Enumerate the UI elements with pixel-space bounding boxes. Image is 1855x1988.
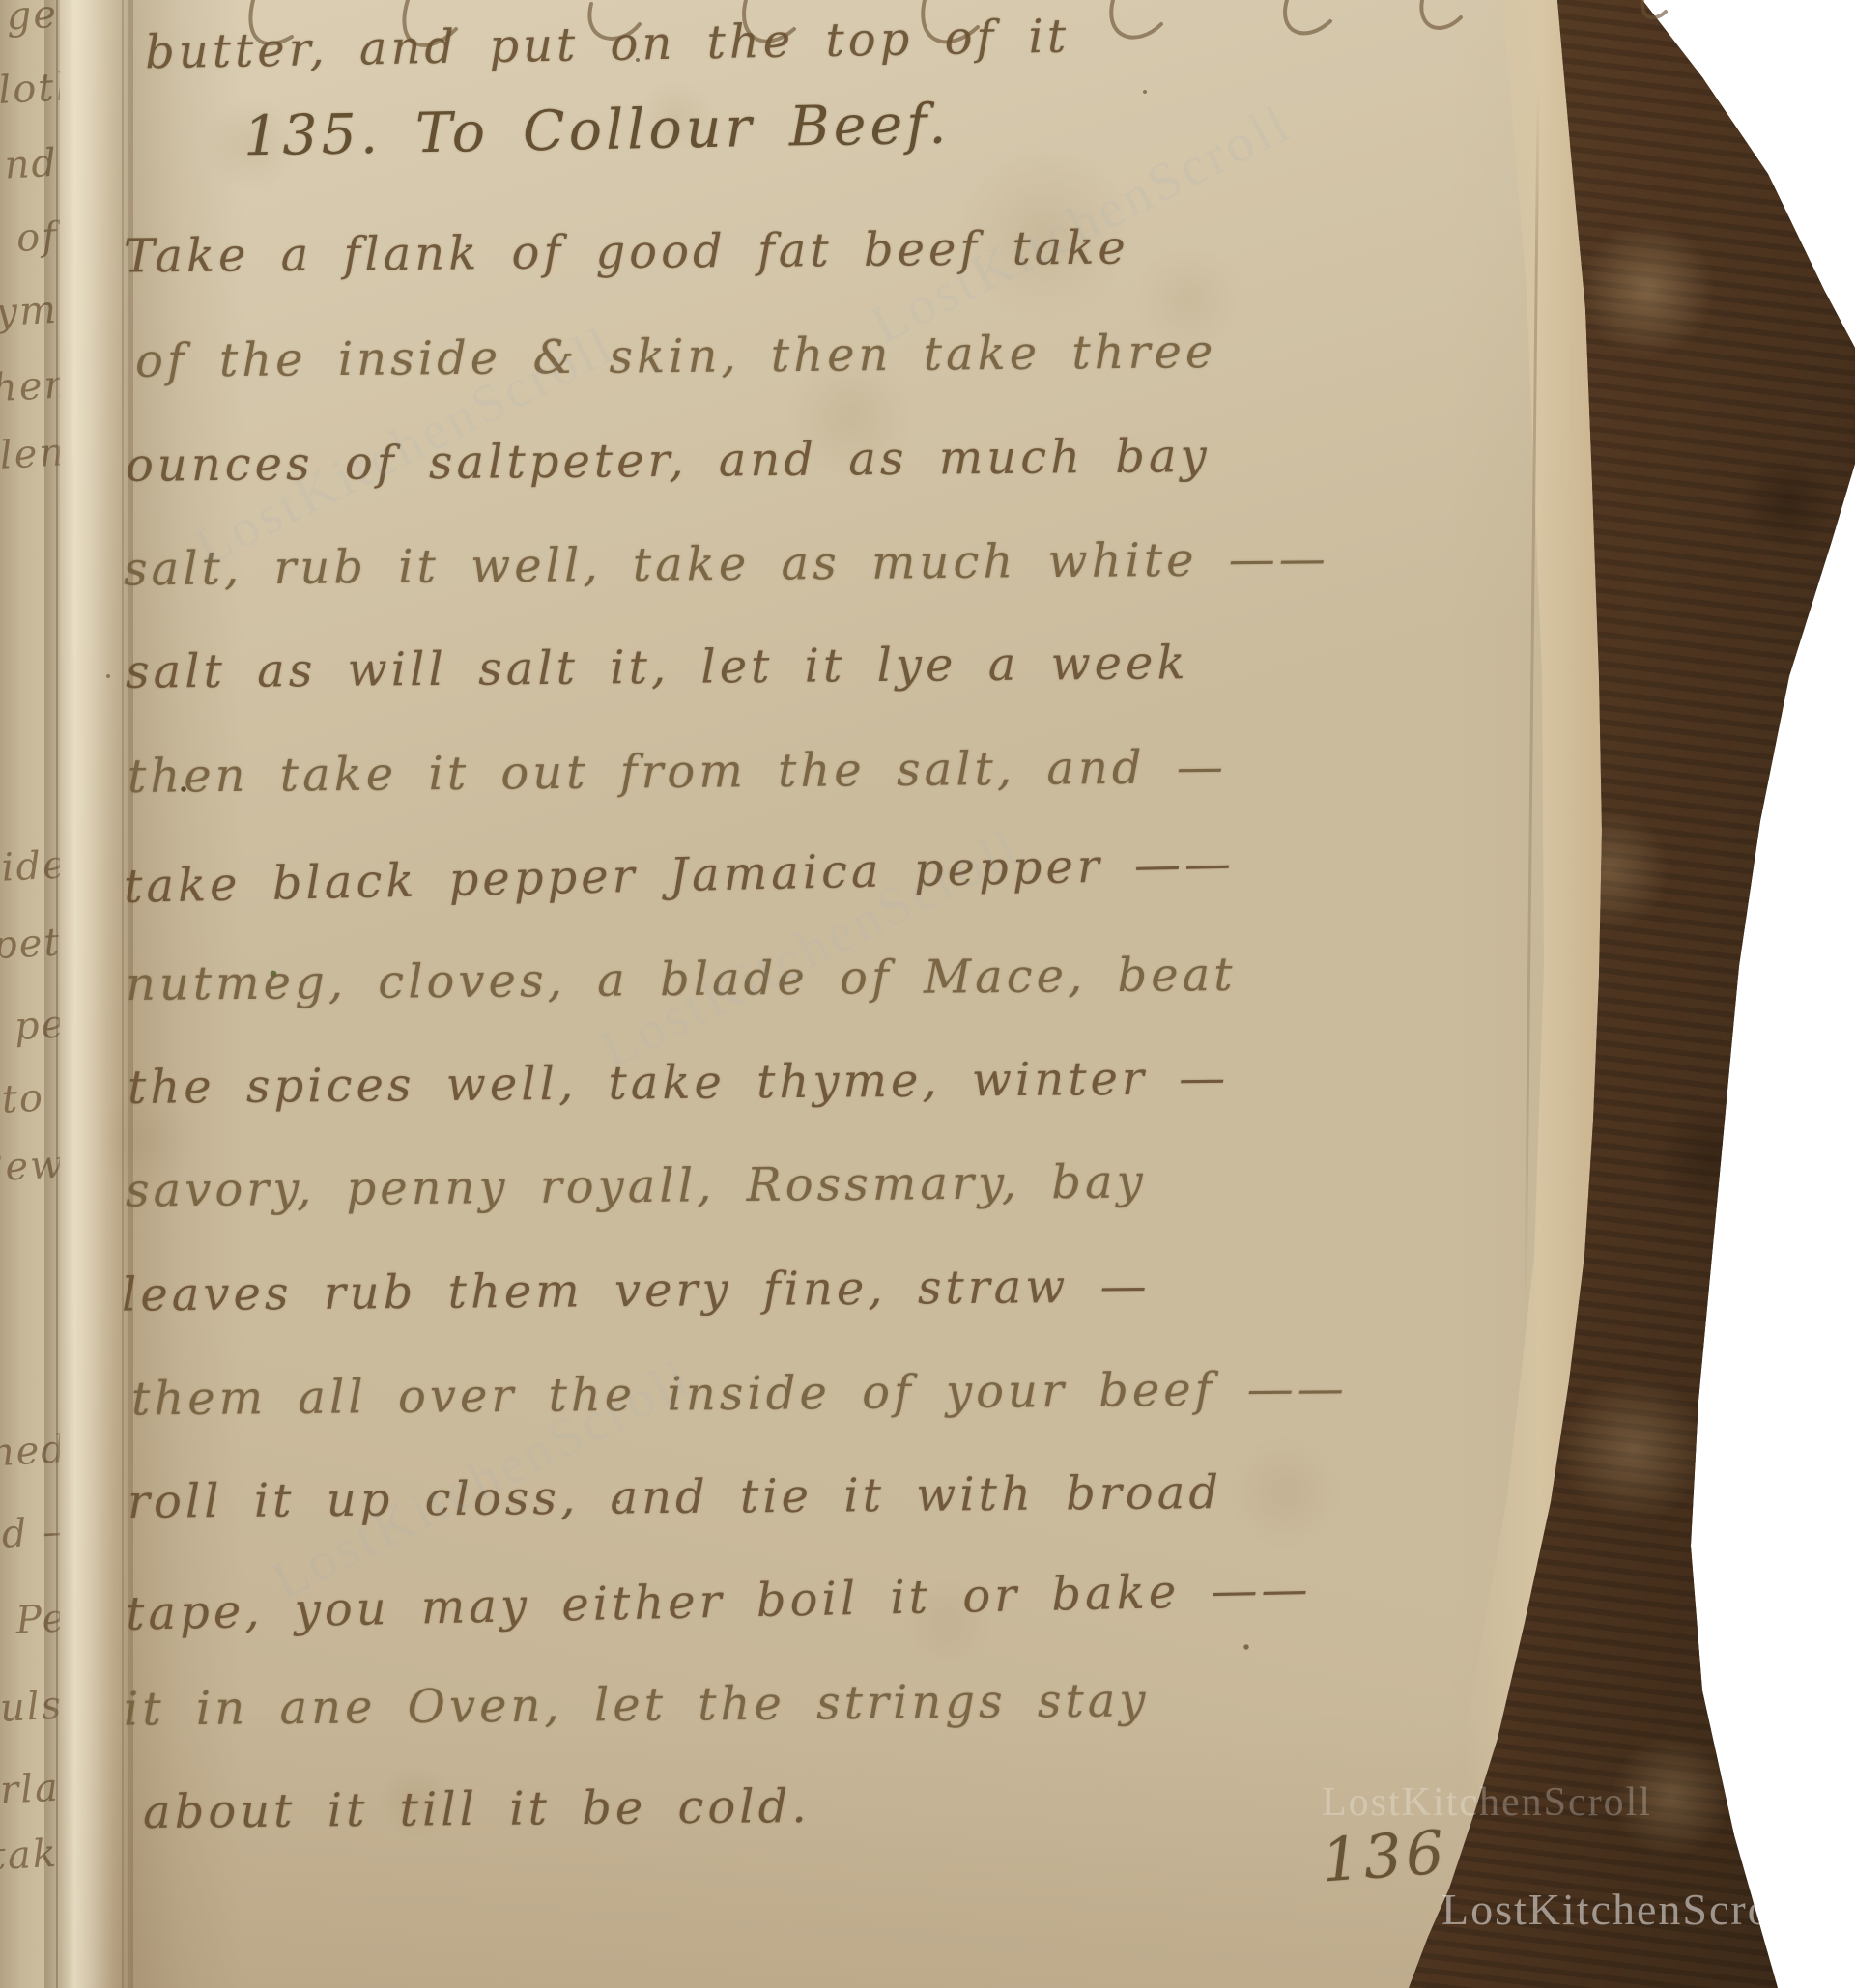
manuscript-line: the spices well, take thyme, winter — [128, 1051, 1230, 1115]
manuscript-line: then take it out from the salt, and — [128, 740, 1227, 804]
watermark: LostKitchenScroll [1441, 1884, 1800, 1935]
page-number: 136 [1320, 1817, 1450, 1896]
manuscript-line: them all over the inside of your beef —— [131, 1362, 1348, 1427]
manuscript-line: leaves rub them very fine, straw — [122, 1259, 1151, 1321]
manuscript-line: of the inside & skin, then take three [135, 325, 1217, 388]
manuscript-photo: ge cloth— and d of ym them— alen bides— … [0, 0, 1855, 1988]
manuscript-line: it in ane Oven, let the strings stay [124, 1673, 1150, 1736]
manuscript-line: roll it up closs, and tie it with broad [128, 1465, 1222, 1529]
gutter-crease [56, 0, 58, 1988]
manuscript-line: savory, penny royall, Rossmary, bay [126, 1154, 1147, 1217]
manuscript-line: salt as will salt it, let it lye a week [126, 636, 1189, 699]
manuscript-line: salt, rub it well, take as much white —— [124, 532, 1329, 597]
watermark: LostKitchenScroll [1322, 1779, 1652, 1826]
recipe-heading: 135. To Collour Beef. [243, 93, 950, 169]
manuscript-line: about it till it be cold. [143, 1779, 811, 1839]
